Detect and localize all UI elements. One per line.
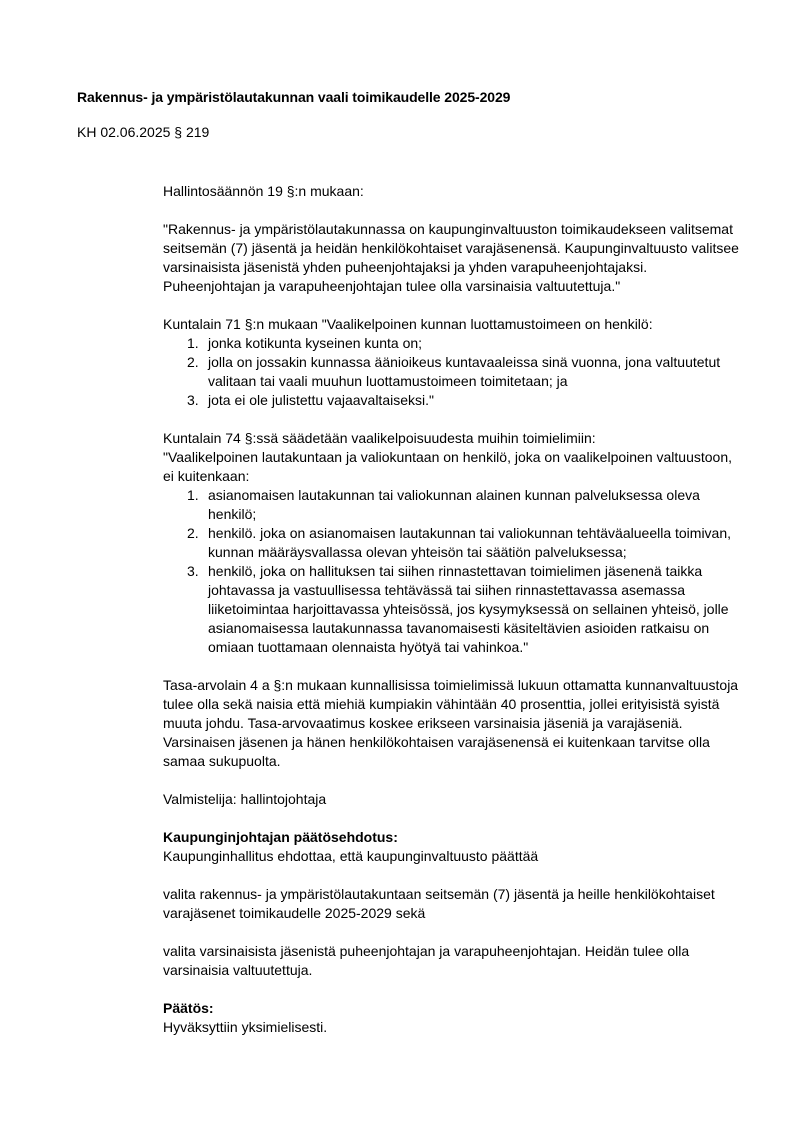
proposal-heading: Kaupunginjohtajan päätösehdotus: (163, 828, 743, 847)
section-71-list: 1.jonka kotikunta kyseinen kunta on; 2.j… (163, 334, 743, 410)
list-item: 1.jonka kotikunta kyseinen kunta on; (163, 334, 743, 353)
section-74-lead-quote: "Vaalikelpoinen lautakuntaan ja valiokun… (163, 448, 743, 486)
list-item: 1.asianomaisen lautakunnan tai valiokunn… (163, 486, 743, 524)
section-74-list: 1.asianomaisen lautakunnan tai valiokunn… (163, 486, 743, 657)
section-74-lead: Kuntalain 74 §:ssä säädetään vaalikelpoi… (163, 429, 743, 448)
meeting-reference: KH 02.06.2025 § 219 (77, 124, 209, 140)
equality-paragraph: Tasa-arvolain 4 a §:n mukaan kunnallisis… (163, 676, 743, 771)
decision-text: Hyväksyttiin yksimielisesti. (163, 1018, 743, 1037)
section-71-lead: Kuntalain 71 §:n mukaan "Vaalikelpoinen … (163, 315, 743, 334)
list-item: 2.henkilö. joka on asianomaisen lautakun… (163, 524, 743, 562)
document-body: Hallintosäännön 19 §:n mukaan: "Rakennus… (163, 182, 743, 1037)
regulation-quote: "Rakennus- ja ympäristölautakunnassa on … (163, 220, 743, 296)
proposal-point-1: valita rakennus- ja ympäristölautakuntaa… (163, 885, 743, 923)
decision-heading: Päätös: (163, 999, 743, 1018)
proposal-line: Kaupunginhallitus ehdottaa, että kaupung… (163, 847, 743, 866)
preparer-line: Valmistelija: hallintojohtaja (163, 790, 743, 809)
list-item: 3.jota ei ole julistettu vajaavaltaiseks… (163, 391, 743, 410)
list-item: 2.jolla on jossakin kunnassa äänioikeus … (163, 353, 743, 391)
intro-paragraph: Hallintosäännön 19 §:n mukaan: (163, 182, 743, 201)
proposal-point-2: valita varsinaisista jäsenistä puheenjoh… (163, 942, 743, 980)
list-item: 3.henkilö, joka on hallituksen tai siihe… (163, 562, 743, 657)
document-title: Rakennus- ja ympäristölautakunnan vaali … (77, 89, 510, 105)
